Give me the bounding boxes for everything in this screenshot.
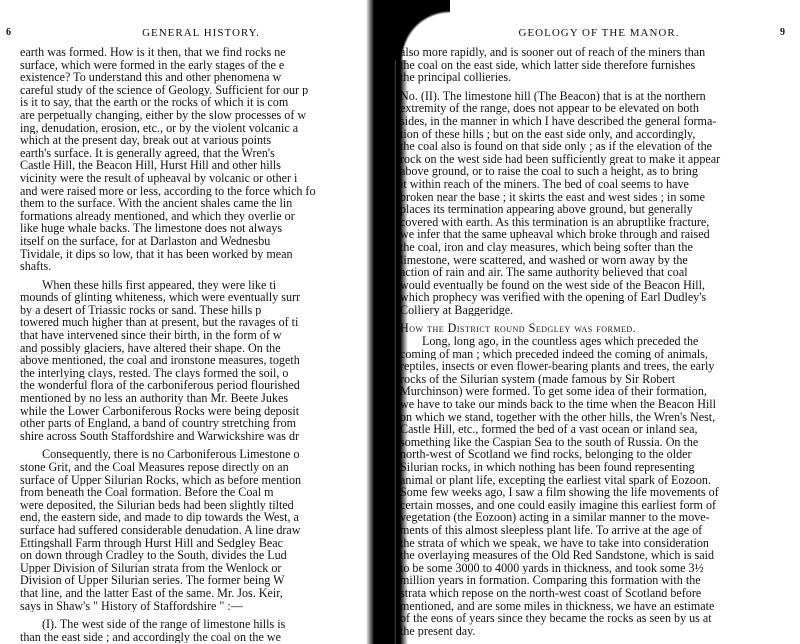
text-line: the overlaying measures of the Old Red S…	[400, 549, 790, 562]
text-line: Upper Division of Silurian strata from t…	[20, 562, 372, 575]
text-line: it within reach of the miners. The bed o…	[400, 178, 790, 191]
text-line: Consequently, there is no Carboniferous …	[20, 448, 372, 461]
text-line: we infer that the same upheaval which br…	[400, 228, 790, 241]
text-line: surface of Upper Silurian Rocks, which a…	[20, 474, 372, 487]
text-line: which at the present day, break out at v…	[20, 134, 372, 147]
text-line: earth was formed. How is it then, that w…	[20, 46, 372, 59]
text-line: something like the Caspian Sea to the so…	[400, 436, 790, 449]
section-heading: How the District round Sedgley was forme…	[400, 322, 790, 335]
text-line: action of rain and air. The same authori…	[400, 266, 790, 279]
text-line: says in Shaw's " History of Staffordshir…	[20, 600, 372, 613]
gutter-edge-shadow	[396, 60, 408, 644]
text-line: tion of these hills ; but on the east si…	[400, 128, 790, 141]
text-line: shire across South Staffordshire and War…	[20, 430, 372, 443]
text-line: above ground, or to raise the coal to su…	[400, 165, 790, 178]
text-line: them to the surface. With the ancient sh…	[20, 197, 372, 210]
text-line: Tividale, it dips so low, that it has be…	[20, 248, 372, 261]
text-line: When these hills first appeared, they we…	[20, 279, 372, 292]
text-line: No. (II). The limestone hill (The Beacon…	[400, 90, 790, 103]
text-line: itself on the surface, for at Darlaston …	[20, 235, 372, 248]
text-line: of the eons of years since they became t…	[400, 612, 790, 625]
text-line: the coal, iron and clay measures, which …	[400, 241, 790, 254]
text-line: vegetation (the Eozoon) acting in a simi…	[400, 511, 790, 524]
text-line: Castle Hill, the Beacon Hill, Hurst Hill…	[20, 159, 372, 172]
text-line: the strata of which we speak, we have to…	[400, 537, 790, 550]
text-line: the coal on the east side, which latter …	[400, 59, 790, 72]
text-line: while the Lower Carboniferous Rocks were…	[20, 405, 372, 418]
text-line: shafts.	[20, 260, 372, 273]
text-line: surface had suffered considerable denuda…	[20, 524, 372, 537]
text-line: like huge whale backs. The limestone doe…	[20, 222, 372, 235]
text-line: strata which repose on the north-west co…	[400, 587, 790, 600]
text-line: towered much higher than at present, but…	[20, 316, 372, 329]
text-line: broken near the base ; it skirts the eas…	[400, 191, 790, 204]
text-line: and were raised more or less, according …	[20, 185, 372, 198]
text-line: ing, denudation, erosion, etc., or by th…	[20, 122, 372, 135]
text-line: sides, in the manner in which I have des…	[400, 115, 790, 128]
text-line: covered with earth. As this termination …	[400, 216, 790, 229]
text-line: certain mosses, and one could easily ima…	[400, 499, 790, 512]
text-line: surface, which were formed in the early …	[20, 59, 372, 72]
text-line: are perpetually changing, either by the …	[20, 109, 372, 122]
text-line: rock on the west side had been sufficien…	[400, 153, 790, 166]
text-line: north-west of Scotland we find rocks, be…	[400, 448, 790, 461]
gutter-curl-shadow	[390, 0, 450, 60]
text-line: mounds of glinting whiteness, which were…	[20, 291, 372, 304]
text-line: were deposited, the Silurian beds had be…	[20, 499, 372, 512]
text-line: on which we stand, together with the oth…	[400, 411, 790, 424]
right-page: GEOLOGY OF THE MANOR. 9 also more rapidl…	[398, 0, 800, 644]
text-line: the principal collieries.	[400, 71, 790, 84]
text-line: Murchinson) were formed. To get some ide…	[400, 385, 790, 398]
text-line: the wonderful flora of the carboniferous…	[20, 379, 372, 392]
text-line: formations already mentioned, and which …	[20, 210, 372, 223]
text-line: Division of Upper Silurian series. The f…	[20, 574, 372, 587]
text-line: places its termination appearing above g…	[400, 203, 790, 216]
text-line: we have to take our minds back to the ti…	[400, 398, 790, 411]
text-line: above mentioned, the coal and ironstone …	[20, 354, 372, 367]
text-line: animal or plant life, excepting the earl…	[400, 474, 790, 487]
text-line: Ettingshall Farm through Hurst Hill and …	[20, 537, 372, 550]
text-line: Colliery at Baggeridge.	[400, 304, 790, 317]
text-line: by a desert of Triassic rocks or sand. T…	[20, 304, 372, 317]
text-line: vicinity were the result of upheaval by …	[20, 172, 372, 185]
text-line: that line, and the latter East of the sa…	[20, 587, 372, 600]
text-line: would eventually be found on the west si…	[400, 279, 790, 292]
text-line: earth's surface. It is generally agreed,…	[20, 147, 372, 160]
right-page-number: 9	[780, 27, 786, 38]
text-line: Silurian rocks, in which nothing has bee…	[400, 461, 790, 474]
text-line: and possibly glaciers, have altered thei…	[20, 342, 372, 355]
text-line: to be some 3000 to 4000 yards in thickne…	[400, 562, 790, 575]
text-line: coming of man ; which preceded indeed th…	[400, 348, 790, 361]
text-line: Some few weeks ago, I saw a film showing…	[400, 486, 790, 499]
right-running-head: GEOLOGY OF THE MANOR.	[398, 27, 800, 39]
text-line: than the east side ; and accordingly the…	[20, 631, 372, 644]
left-page: 6 GENERAL HISTORY. earth was formed. How…	[0, 0, 372, 644]
text-line: the interlying clays, rested. The clays …	[20, 367, 372, 380]
right-page-body: also more rapidly, and is sooner out of …	[400, 46, 790, 637]
text-line: which prophecy was verified with the ope…	[400, 291, 790, 304]
text-line: Long, long ago, in the countless ages wh…	[400, 335, 790, 348]
text-line: is it to say, that the earth or the rock…	[20, 96, 372, 109]
left-page-header: 6 GENERAL HISTORY.	[0, 27, 372, 43]
text-line: mentioned by no less an authority than M…	[20, 392, 372, 405]
text-line: from beneath the Coal formation. Before …	[20, 486, 372, 499]
text-line: the present day.	[400, 625, 790, 638]
text-line: that have intervened since their birth, …	[20, 329, 372, 342]
text-line: the coal also is found on that side only…	[400, 140, 790, 153]
text-line: existence? To understand this and other …	[20, 71, 372, 84]
text-line: stone Grit, and the Coal Measures repose…	[20, 461, 372, 474]
text-line: also more rapidly, and is sooner out of …	[400, 46, 790, 59]
text-line: ments of this almost sleepless plant lif…	[400, 524, 790, 537]
text-line: rocks of the Silurian system (made famou…	[400, 373, 790, 386]
text-line: limestone, were scattered, and washed or…	[400, 254, 790, 267]
text-line: Castle Hill, etc., formed the bed of a v…	[400, 423, 790, 436]
text-line: other parts of England, a band of countr…	[20, 417, 372, 430]
text-line: end, the eastern side, and made to dip t…	[20, 511, 372, 524]
left-page-body: earth was formed. How is it then, that w…	[20, 46, 372, 643]
text-line: extremity of the range, does not appear …	[400, 102, 790, 115]
left-running-head: GENERAL HISTORY.	[0, 27, 372, 39]
text-line: reptiles, insects or even flower-bearing…	[400, 360, 790, 373]
text-line: mentioned, and are some miles in thickne…	[400, 600, 790, 613]
text-line: million years in formation. Comparing th…	[400, 574, 790, 587]
right-page-header: GEOLOGY OF THE MANOR. 9	[398, 27, 800, 43]
text-line: (I). The west side of the range of limes…	[20, 618, 372, 631]
text-line: careful study of the science of Geology.…	[20, 84, 372, 97]
text-line: on down through Cradley to the South, di…	[20, 549, 372, 562]
